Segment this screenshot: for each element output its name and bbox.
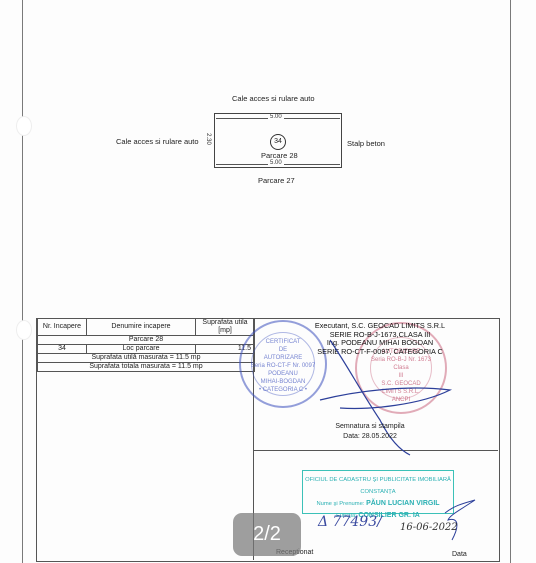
executant-date: Data: 28.05.2022 bbox=[330, 432, 410, 442]
summary-useful: Suprafata utilă masurata = 11.5 mp bbox=[38, 354, 255, 363]
signature-block: Semnatura si stampila Data: 28.05.2022 bbox=[330, 422, 410, 442]
plan-label-right: Stalp beton bbox=[347, 139, 385, 148]
summary-total: Suprafata totala masurata = 11.5 mp bbox=[38, 363, 255, 372]
page-left-border bbox=[22, 0, 23, 563]
table-row: 34 Loc parcare 11.5 bbox=[38, 345, 255, 354]
registration-date: 16-06-2022 bbox=[400, 522, 458, 533]
header-nr: Nr. Incapere bbox=[38, 319, 87, 336]
ocpi-name: PĂUN LUCIAN VIRGIL bbox=[366, 500, 440, 507]
dimension-bottom: 5.00 bbox=[268, 160, 284, 166]
ocpi-stamp: OFICIUL DE CADASTRU ŞI PUBLICITATE IMOBI… bbox=[302, 470, 454, 514]
cell-nr: 34 bbox=[38, 345, 87, 354]
date-label: Data bbox=[452, 551, 467, 558]
ocpi-office: OFICIUL DE CADASTRU ŞI PUBLICITATE IMOBI… bbox=[303, 474, 453, 498]
spot-name: Parcare 28 bbox=[261, 151, 298, 160]
cell-name: Loc parcare bbox=[87, 345, 196, 354]
punch-hole bbox=[16, 116, 32, 136]
page-right-border bbox=[510, 0, 511, 563]
dimension-side: 2.30 bbox=[205, 131, 211, 147]
spot-number-circle: 34 bbox=[270, 134, 286, 150]
rooms-table: Nr. Incapere Denumire incapere Suprafata… bbox=[37, 318, 255, 372]
signature-label: Semnatura si stampila bbox=[330, 422, 410, 432]
page-indicator: 2/2 bbox=[233, 513, 301, 556]
plan-label-top: Cale acces si rulare auto bbox=[232, 94, 315, 103]
ocpi-signature bbox=[440, 495, 480, 545]
plan-label-bottom: Parcare 27 bbox=[258, 176, 295, 185]
registration-number: Δ 77493/ bbox=[318, 514, 382, 530]
dimension-top: 5.00 bbox=[268, 114, 284, 120]
plan-label-left: Cale acces si rulare auto bbox=[116, 137, 199, 146]
punch-hole bbox=[16, 320, 32, 340]
group-title: Parcare 28 bbox=[38, 336, 255, 345]
header-name: Denumire incapere bbox=[87, 319, 196, 336]
